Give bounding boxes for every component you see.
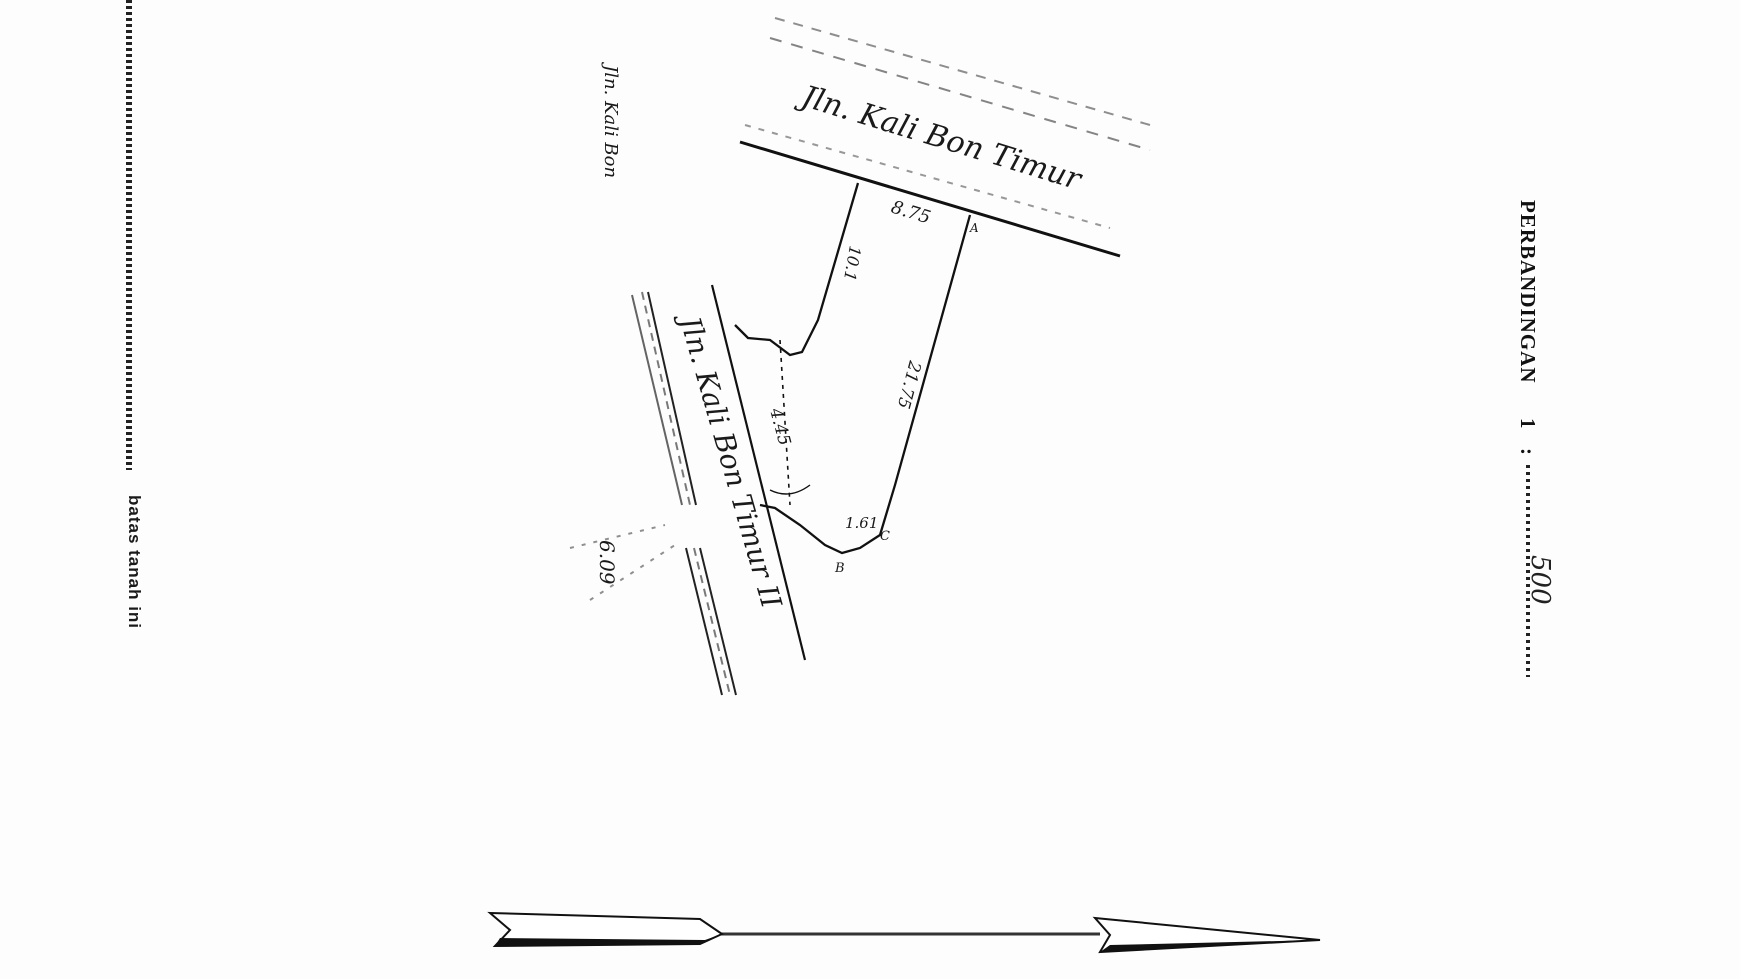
bottom-measure: 1.61 — [845, 514, 878, 532]
left-lower-measure: 4.45 — [765, 405, 794, 448]
far-left-street-label: Jln. Kali Bon — [600, 61, 621, 178]
north-arrow-icon — [490, 913, 1320, 952]
corner-a: A — [969, 221, 979, 235]
left-upper-measure: 10.1 — [840, 244, 865, 282]
road-width-label: 6.09 — [595, 540, 619, 585]
parcel-sketch: Jln. Kali Bon Timur Jln. Kali Bon Timur … — [0, 0, 1740, 979]
right-edge-measure: 21.75 — [893, 358, 925, 411]
scanned-document: batas tanah ini PERBANDINGAN 1 : 500 Jln… — [0, 0, 1740, 979]
parcel-boundary — [735, 183, 970, 553]
corner-c: C — [880, 529, 890, 544]
top-edge-measure: 8.75 — [889, 197, 933, 229]
corner-b: B — [834, 561, 845, 576]
